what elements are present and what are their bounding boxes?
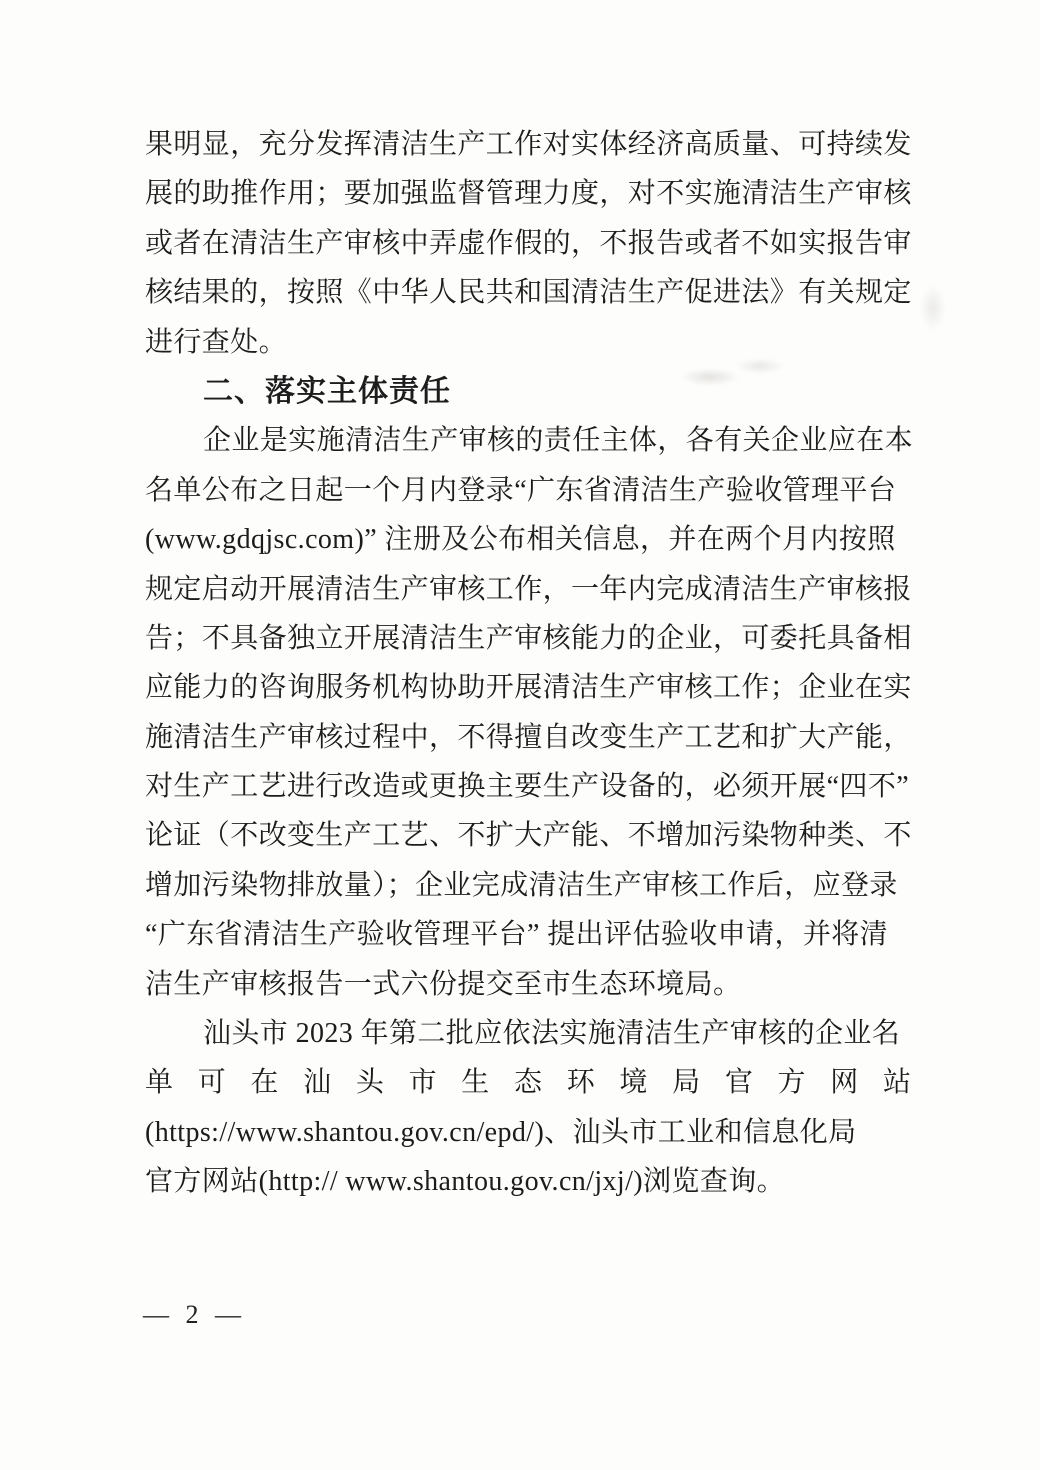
text-line: 官方网站(http:// www.shantou.gov.cn/jxj/)浏览查…: [145, 1157, 911, 1206]
text-line: 汕头市 2023 年第二批应依法实施清洁生产审核的企业名: [145, 1009, 911, 1058]
text-line: 核结果的，按照《中华人民共和国清洁生产促进法》有关规定: [145, 268, 911, 317]
document-body: 果明显，充分发挥清洁生产工作对实体经济高质量、可持续发 展的助推作用；要加强监督…: [145, 120, 911, 1207]
text-line: 施清洁生产审核过程中，不得擅自改变生产工艺和扩大产能，: [145, 713, 911, 762]
text-line: 洁生产审核报告一式六份提交至市生态环境局。: [145, 960, 911, 1009]
text-line: 名单公布之日起一个月内登录“广东省清洁生产验收管理平台: [145, 466, 911, 515]
text-line: 或者在清洁生产审核中弄虚作假的，不报告或者不如实报告审: [145, 219, 911, 268]
text-line: 应能力的咨询服务机构协助开展清洁生产审核工作；企业在实: [145, 663, 911, 712]
section-heading: 二、落实主体责任: [145, 367, 911, 416]
text-line: (www.gdqjsc.com)” 注册及公布相关信息，并在两个月内按照: [145, 515, 911, 564]
text-line: 展的助推作用；要加强监督管理力度，对不实施清洁生产审核: [145, 169, 911, 218]
text-line: “广东省清洁生产验收管理平台” 提出评估验收申请，并将清: [145, 910, 911, 959]
text-line: 规定启动开展清洁生产审核工作，一年内完成清洁生产审核报: [145, 565, 911, 614]
text-line: 企业是实施清洁生产审核的责任主体，各有关企业应在本: [145, 416, 911, 465]
text-line: 增加污染物排放量）；企业完成清洁生产审核工作后，应登录: [145, 861, 911, 910]
text-line: 告；不具备独立开展清洁生产审核能力的企业，可委托具备相: [145, 614, 911, 663]
text-line: 单可在汕头市生态环境局官方网站: [145, 1058, 911, 1107]
document-page: 果明显，充分发挥清洁生产工作对实体经济高质量、可持续发 展的助推作用；要加强监督…: [0, 0, 1040, 1470]
page-number: — 2 —: [143, 1300, 246, 1330]
scan-artifact: [920, 285, 946, 331]
text-line: 果明显，充分发挥清洁生产工作对实体经济高质量、可持续发: [145, 120, 911, 169]
text-line: 进行查处。: [145, 318, 911, 367]
text-line: 对生产工艺进行改造或更换主要生产设备的，必须开展“四不”: [145, 762, 911, 811]
text-line: 论证（不改变生产工艺、不扩大产能、不增加污染物种类、不: [145, 811, 911, 860]
text-line: (https://www.shantou.gov.cn/epd/)、汕头市工业和…: [145, 1108, 911, 1157]
